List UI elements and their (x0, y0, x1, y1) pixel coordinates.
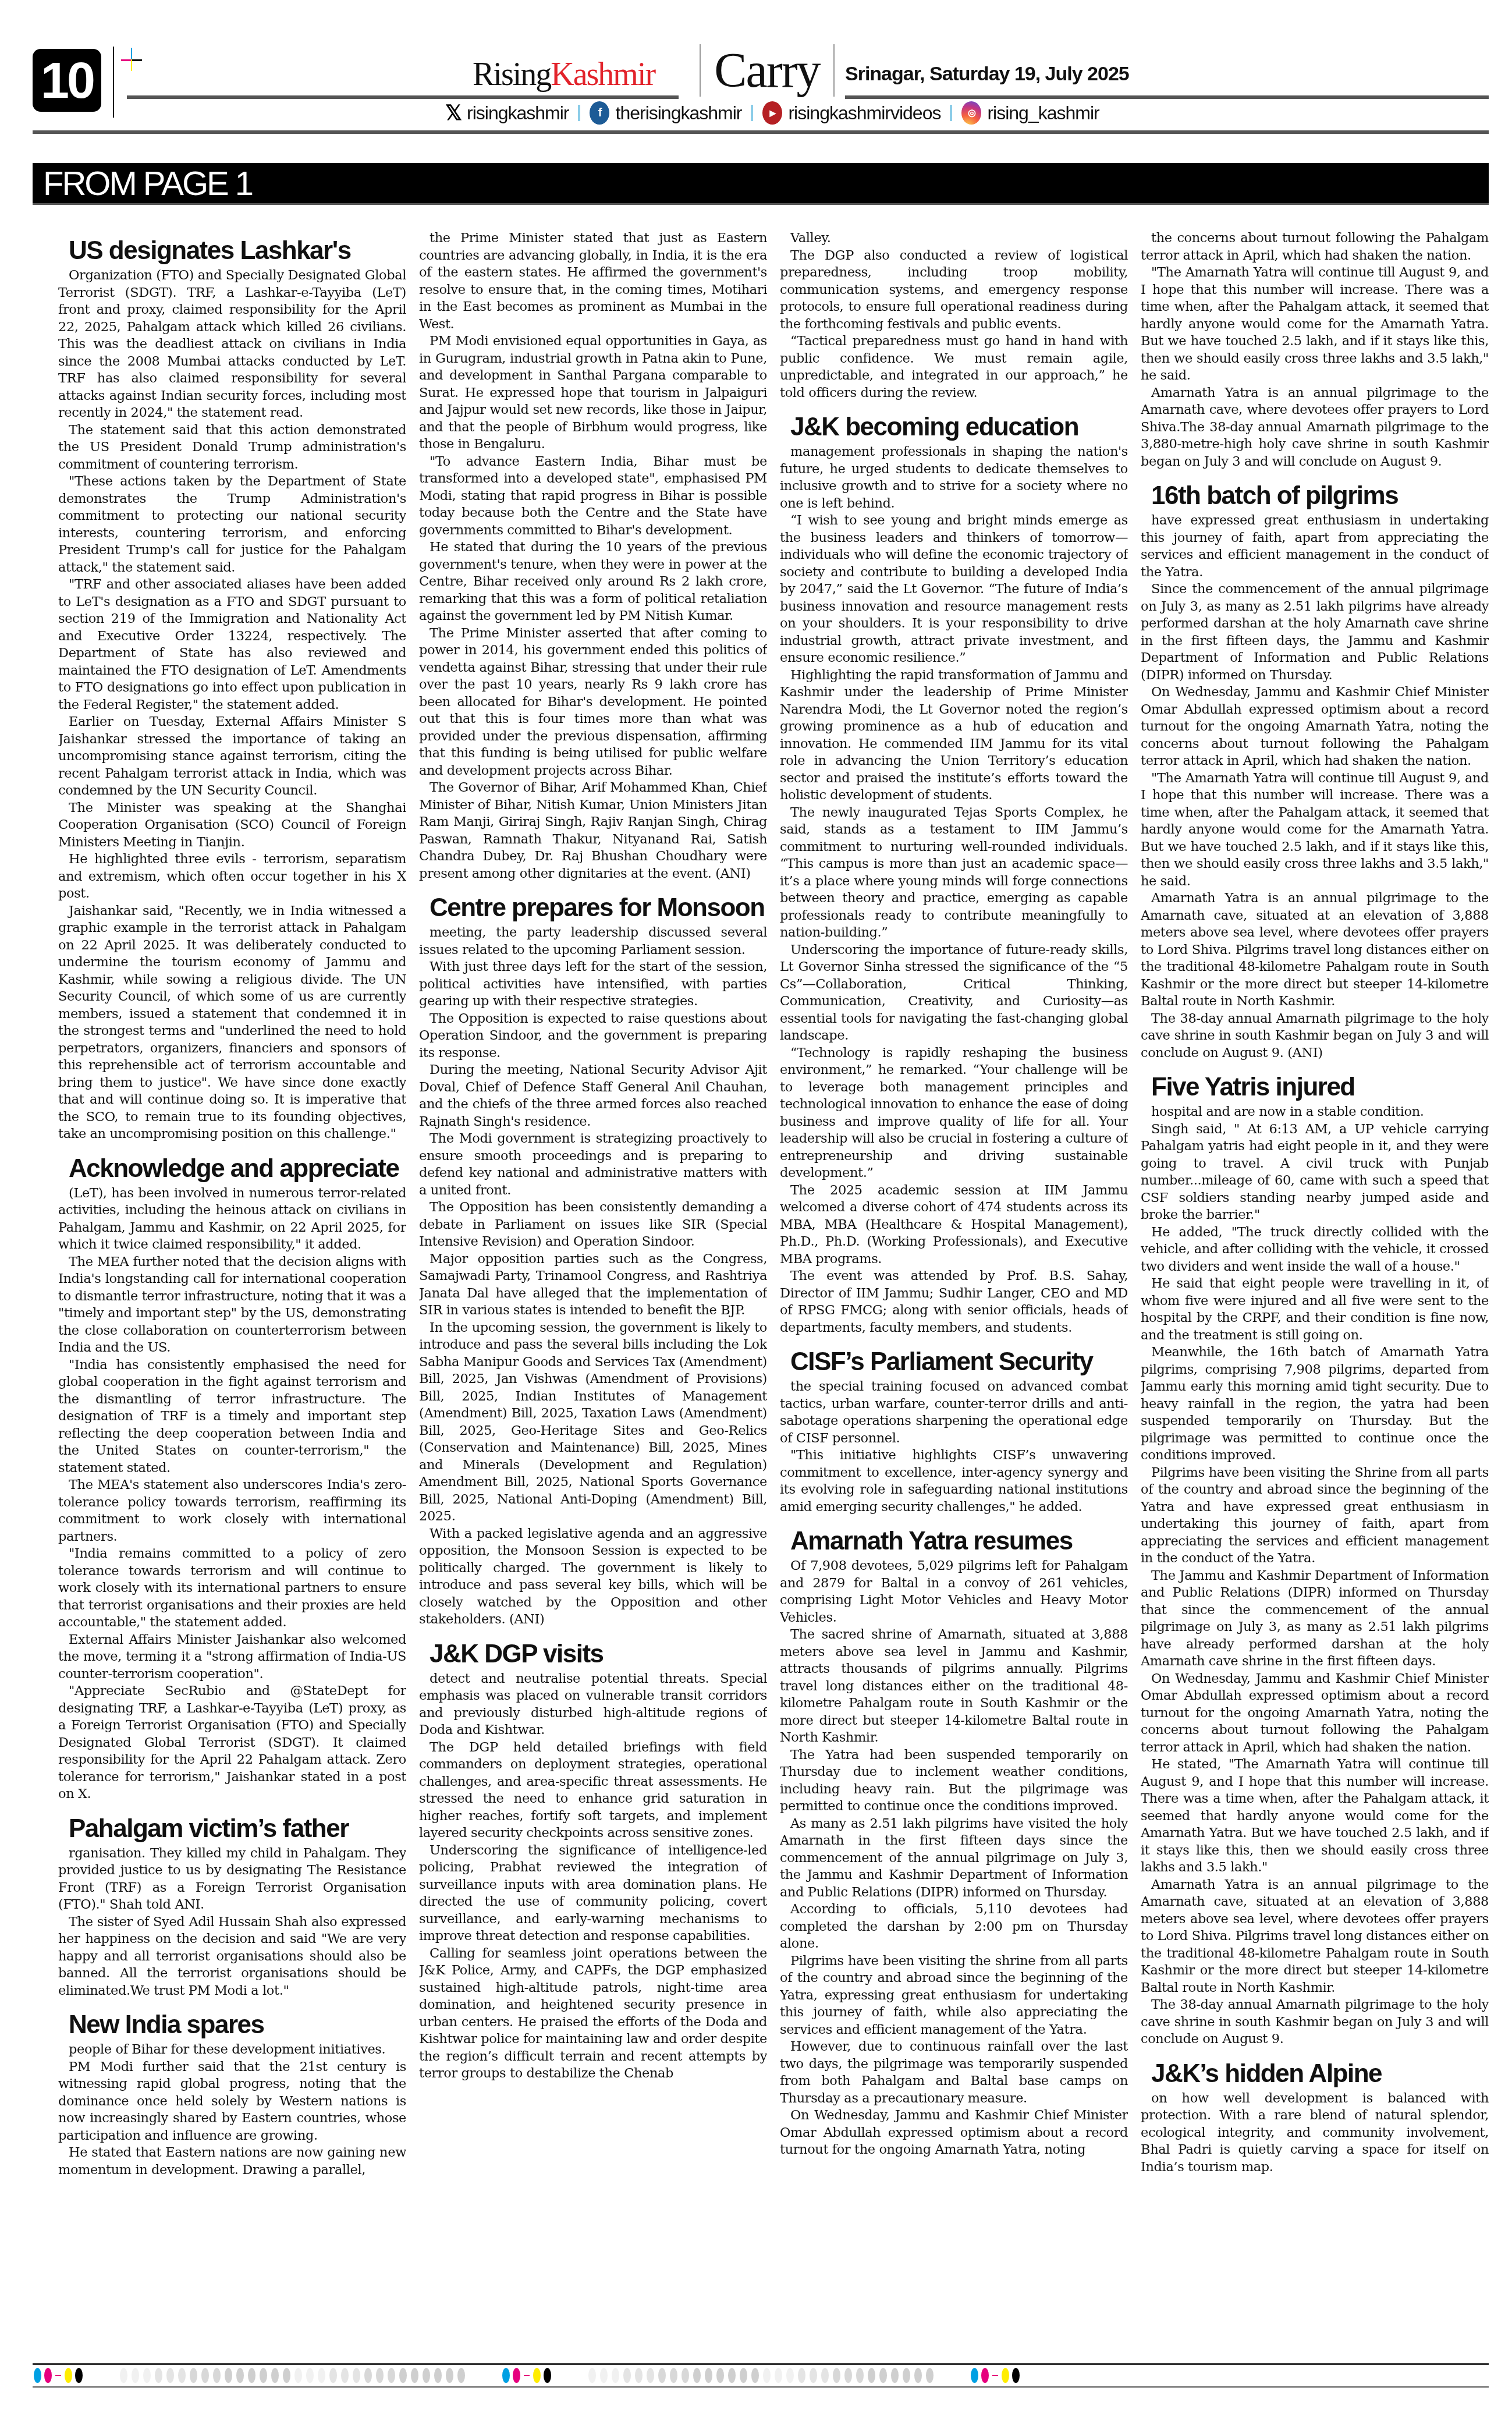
article-paragraph-continued: Valley. (780, 230, 1128, 247)
article-paragraph: He stated that Eastern nations are now g… (58, 2144, 406, 2179)
grey-swatch (457, 2368, 465, 2383)
article-paragraph: The 38-day annual Amarnath pilgrimage to… (1141, 1997, 1489, 2048)
grey-swatch (399, 2368, 407, 2383)
grey-swatch (798, 2368, 805, 2383)
grey-swatch (903, 2368, 910, 2383)
brand-name-second: Kashmir (551, 56, 655, 93)
dateline: Srinagar, Saturday 19, July 2025 (845, 63, 1129, 86)
grey-swatch (728, 2368, 736, 2383)
black-swatch (544, 2368, 551, 2383)
grey-swatch (306, 2368, 314, 2383)
article-paragraph: Pilgrims have been visiting the Shrine f… (1141, 1465, 1489, 1568)
page-number: 10 (41, 51, 93, 110)
article-paragraph: hospital and are now in a stable conditi… (1141, 1104, 1489, 1121)
article-paragraph: The Opposition has been consistently dem… (419, 1199, 767, 1251)
article-paragraph: The DGP also conducted a review of logis… (780, 247, 1128, 334)
article-paragraph: Major opposition parties such as the Con… (419, 1251, 767, 1320)
masthead-rule-left (127, 95, 679, 99)
article-paragraph: Amarnath Yatra is an annual pilgrimage t… (1141, 890, 1489, 1010)
x-icon: 𝕏 (446, 101, 461, 125)
instagram-icon: ◎ (961, 101, 981, 125)
grey-swatch (294, 2368, 302, 2383)
article-paragraph: External Affairs Minister Jaishankar als… (58, 1632, 406, 1683)
article-paragraph: The Yatra had been suspended temporarily… (780, 1747, 1128, 1815)
article-paragraph: "India has consistently emphasised the n… (58, 1357, 406, 1477)
article-paragraph: He stated that during the 10 years of th… (419, 539, 767, 625)
black-swatch (75, 2368, 83, 2383)
registration-mark-icon (121, 48, 142, 71)
header-rule (33, 130, 1489, 134)
article-paragraph: He added, "The truck directly collided w… (1141, 1224, 1489, 1276)
grey-swatch (143, 2368, 151, 2383)
grey-swatch (283, 2368, 290, 2383)
article-paragraph: (LeT), has been involved in numerous ter… (58, 1185, 406, 1254)
article-paragraph: On Wednesday, Jammu and Kashmir Chief Mi… (780, 2107, 1128, 2159)
grey-swatch (446, 2368, 453, 2383)
grey-swatch (260, 2368, 267, 2383)
cyan-swatch (971, 2368, 978, 2383)
article-paragraph: rganisation. They killed my child in Pah… (58, 1845, 406, 1914)
article-paragraph: He stated, "The Amarnath Yatra will cont… (1141, 1756, 1489, 1877)
cmyk-swatch-group (501, 2368, 552, 2383)
article-paragraph: on how well development is balanced with… (1141, 2090, 1489, 2176)
grey-swatch (248, 2368, 255, 2383)
page-number-divider (113, 47, 114, 118)
article-paragraph: On Wednesday, Jammu and Kashmir Chief Mi… (1141, 1671, 1489, 1757)
grey-swatch (914, 2368, 922, 2383)
print-color-bar (33, 2363, 1489, 2388)
article-paragraph: "The Amarnath Yatra will continue till A… (1141, 770, 1489, 891)
grey-swatch (318, 2368, 325, 2383)
article-headline: 16th batch of pilgrims (1151, 481, 1489, 511)
article-headline: J&K’s hidden Alpine (1151, 2059, 1489, 2089)
article-paragraph-continued: the concerns about turnout following the… (1141, 230, 1489, 264)
article-paragraph: He said that eight people were travellin… (1141, 1275, 1489, 1344)
grey-swatch (225, 2368, 232, 2383)
grey-swatch (844, 2368, 852, 2383)
article-paragraph: Pilgrims have been visiting the shrine f… (780, 1953, 1128, 2039)
grey-swatch (353, 2368, 360, 2383)
edition-title: Carry (714, 42, 819, 99)
article-paragraph: In the upcoming session, the government … (419, 1320, 767, 1526)
grey-swatch (434, 2368, 442, 2383)
column-4: the concerns about turnout following the… (1141, 230, 1489, 2343)
grey-scale-swatches (587, 2368, 935, 2383)
article-paragraph: "The Amarnath Yatra will continue till A… (1141, 264, 1489, 385)
grey-swatch (635, 2368, 643, 2383)
article-paragraph: Meanwhile, the 16th batch of Amarnath Ya… (1141, 1344, 1489, 1465)
grey-swatch (329, 2368, 337, 2383)
article-paragraph: Jaishankar said, "Recently, we in India … (58, 903, 406, 1143)
article-paragraph: The Opposition is expected to raise ques… (419, 1010, 767, 1062)
article-paragraph: The Governor of Bihar, Arif Mohammed Kha… (419, 779, 767, 882)
grey-swatch (786, 2368, 794, 2383)
grey-swatch (891, 2368, 899, 2383)
grey-swatch (120, 2368, 127, 2383)
article-paragraph: "These actions taken by the Department o… (58, 473, 406, 576)
social-separator (578, 105, 580, 121)
article-headline: Amarnath Yatra resumes (790, 1526, 1128, 1556)
article-headline: New India spares (69, 2010, 406, 2040)
grey-swatch (810, 2368, 817, 2383)
article-headline: Centre prepares for Monsoon (430, 893, 767, 923)
article-headline: Pahalgam victim’s father (69, 1814, 406, 1844)
article-paragraph: The MEA's statement also underscores Ind… (58, 1477, 406, 1545)
article-paragraph: “Tactical preparedness must go hand in h… (780, 333, 1128, 402)
grey-swatch (716, 2368, 724, 2383)
grey-swatch (166, 2368, 174, 2383)
article-paragraph: He highlighted three evils - terrorism, … (58, 851, 406, 903)
cyan-swatch (502, 2368, 510, 2383)
grey-swatch (740, 2368, 747, 2383)
social-handles: 𝕏 risingkashmir f therisingkashmir ▶ ris… (446, 101, 1099, 125)
article-paragraph: The DGP held detailed briefings with fie… (419, 1739, 767, 1842)
grey-scale-swatches (119, 2368, 466, 2383)
article-paragraph: Organization (FTO) and Specially Designa… (58, 267, 406, 422)
column-1: US designates Lashkar'sOrganization (FTO… (58, 230, 406, 2343)
grey-swatch (879, 2368, 887, 2383)
article-paragraph: The Minister was speaking at the Shangha… (58, 800, 406, 852)
article-paragraph: "To advance Eastern India, Bihar must be… (419, 453, 767, 540)
article-paragraph: Singh said, " At 6:13 AM, a UP vehicle c… (1141, 1121, 1489, 1224)
grey-swatch (705, 2368, 712, 2383)
article-paragraph: The 38-day annual Amarnath pilgrimage to… (1141, 1010, 1489, 1062)
magenta-swatch (981, 2368, 989, 2383)
grey-swatch (155, 2368, 162, 2383)
article-paragraph: have expressed great enthusiasm in under… (1141, 512, 1489, 581)
grey-swatch (751, 2368, 759, 2383)
grey-swatch (178, 2368, 186, 2383)
cyan-swatch (34, 2368, 41, 2383)
grey-swatch (588, 2368, 596, 2383)
social-handle-instagram[interactable]: rising_kashmir (987, 102, 1099, 124)
grey-swatch (341, 2368, 349, 2383)
grey-swatch (132, 2368, 139, 2383)
article-paragraph: The statement said that this action demo… (58, 422, 406, 474)
social-handle-youtube[interactable]: risingkashmirvideos (788, 102, 940, 124)
grey-swatch (763, 2368, 771, 2383)
social-handle-facebook[interactable]: therisingkashmir (615, 102, 741, 124)
brand-name-first: Rising (473, 56, 551, 93)
grey-swatch (926, 2368, 934, 2383)
article-paragraph: During the meeting, National Security Ad… (419, 1062, 767, 1130)
article-paragraph: The sacred shrine of Amarnath, situated … (780, 1626, 1128, 1747)
article-paragraph: “I wish to see young and bright minds em… (780, 512, 1128, 667)
grey-swatch (612, 2368, 619, 2383)
grey-swatch (271, 2368, 279, 2383)
article-paragraph: Underscoring the significance of intelli… (419, 1842, 767, 1945)
brand-logo: RisingKashmir (473, 56, 655, 93)
grey-swatch (213, 2368, 221, 2383)
column-3: Valley.The DGP also conducted a review o… (780, 230, 1128, 2343)
article-headline: CISF’s Parliament Security (790, 1347, 1128, 1377)
grey-swatch (364, 2368, 372, 2383)
grey-swatch (833, 2368, 840, 2383)
article-headline: Acknowledge and appreciate (69, 1154, 406, 1184)
article-paragraph: The event was attended by Prof. B.S. Sah… (780, 1268, 1128, 1336)
grey-swatch (647, 2368, 654, 2383)
article-paragraph: The Modi government is strategizing proa… (419, 1130, 767, 1199)
article-paragraph: The 2025 academic session at IIM Jammu w… (780, 1182, 1128, 1268)
article-paragraph: As many as 2.51 lakh pilgrims have visit… (780, 1815, 1128, 1902)
grey-swatch (868, 2368, 875, 2383)
social-separator (751, 105, 753, 121)
magenta-swatch (44, 2368, 52, 2383)
article-paragraph: Since the commencement of the annual pil… (1141, 581, 1489, 684)
masthead-rule-right (845, 95, 1489, 99)
article-paragraph: However, due to continuous rainfall over… (780, 2038, 1128, 2107)
article-headline: US designates Lashkar's (69, 236, 406, 266)
grey-swatch (388, 2368, 395, 2383)
article-paragraph: The newly inaugurated Tejas Sports Compl… (780, 804, 1128, 942)
article-paragraph: With a packed legislative agenda and an … (419, 1526, 767, 1629)
social-separator (950, 105, 952, 121)
article-paragraph: "India remains committed to a policy of … (58, 1545, 406, 1632)
article-paragraph: the special training focused on advanced… (780, 1378, 1128, 1447)
cmyk-swatch-group (970, 2368, 1021, 2383)
grey-swatch (670, 2368, 677, 2383)
grey-swatch (376, 2368, 384, 2383)
article-paragraph: "Appreciate SecRubio and @StateDept for … (58, 1683, 406, 1803)
article-paragraph: Earlier on Tuesday, External Affairs Min… (58, 714, 406, 800)
youtube-icon: ▶ (762, 101, 782, 125)
grey-swatch (423, 2368, 430, 2383)
yellow-swatch (1002, 2368, 1009, 2383)
grey-swatch (775, 2368, 782, 2383)
magenta-swatch (513, 2368, 520, 2383)
article-headline: J&K becoming education (790, 412, 1128, 442)
grey-swatch (658, 2368, 666, 2383)
yellow-swatch (65, 2368, 72, 2383)
article-columns: US designates Lashkar'sOrganization (FTO… (58, 230, 1478, 2343)
article-paragraph: The Prime Minister asserted that after c… (419, 625, 767, 780)
article-paragraph: Amarnath Yatra is an annual pilgrimage t… (1141, 385, 1489, 471)
article-paragraph: Underscoring the importance of future-re… (780, 942, 1128, 1045)
grey-swatch (693, 2368, 701, 2383)
column-2: the Prime Minister stated that just as E… (419, 230, 767, 2343)
grey-swatch (821, 2368, 829, 2383)
grey-swatch (201, 2368, 209, 2383)
section-title: FROM PAGE 1 (43, 165, 252, 203)
article-paragraph: management professionals in shaping the … (780, 444, 1128, 512)
article-headline: Five Yatris injured (1151, 1072, 1489, 1102)
article-paragraph: On Wednesday, Jammu and Kashmir Chief Mi… (1141, 684, 1489, 770)
article-paragraph: "This initiative highlights CISF’s unwav… (780, 1447, 1128, 1516)
grey-swatch (411, 2368, 418, 2383)
article-paragraph-continued: the Prime Minister stated that just as E… (419, 230, 767, 333)
article-paragraph: "TRF and other associated aliases have b… (58, 576, 406, 714)
social-handle-x[interactable]: risingkashmir (467, 102, 569, 124)
grey-swatch (236, 2368, 244, 2383)
article-paragraph: Of 7,908 devotees, 5,029 pilgrims left f… (780, 1558, 1128, 1626)
article-paragraph: detect and neutralise potential threats.… (419, 1671, 767, 1739)
article-paragraph: The sister of Syed Adil Hussain Shah als… (58, 1914, 406, 2000)
edition-box: Carry (700, 44, 835, 97)
article-paragraph: meeting, the party leadership discussed … (419, 924, 767, 959)
grey-swatch (682, 2368, 689, 2383)
yellow-swatch (533, 2368, 541, 2383)
article-paragraph: Amarnath Yatra is an annual pilgrimage t… (1141, 1877, 1489, 1997)
article-paragraph: According to officials, 5,110 devotees h… (780, 1901, 1128, 1953)
article-paragraph: Highlighting the rapid transformation of… (780, 667, 1128, 804)
article-paragraph: people of Bihar for these development in… (58, 2041, 406, 2059)
article-headline: J&K DGP visits (430, 1639, 767, 1669)
grey-swatch (856, 2368, 864, 2383)
article-paragraph: The MEA further noted that the decision … (58, 1254, 406, 1357)
article-paragraph: The Jammu and Kashmir Department of Info… (1141, 1568, 1489, 1671)
grey-swatch (190, 2368, 197, 2383)
grey-swatch (623, 2368, 631, 2383)
cmyk-swatch-group (33, 2368, 84, 2383)
article-paragraph: PM Modi envisioned equal opportunities i… (419, 333, 767, 453)
article-paragraph: PM Modi further said that the 21st centu… (58, 2059, 406, 2145)
page-number-badge: 10 (33, 49, 101, 112)
article-paragraph: With just three days left for the start … (419, 959, 767, 1010)
section-banner: FROM PAGE 1 (33, 163, 1489, 205)
article-paragraph: “Technology is rapidly reshaping the bus… (780, 1045, 1128, 1182)
grey-swatch (600, 2368, 608, 2383)
black-swatch (1012, 2368, 1020, 2383)
article-paragraph: Calling for seamless joint operations be… (419, 1945, 767, 2083)
facebook-icon: f (590, 101, 609, 125)
